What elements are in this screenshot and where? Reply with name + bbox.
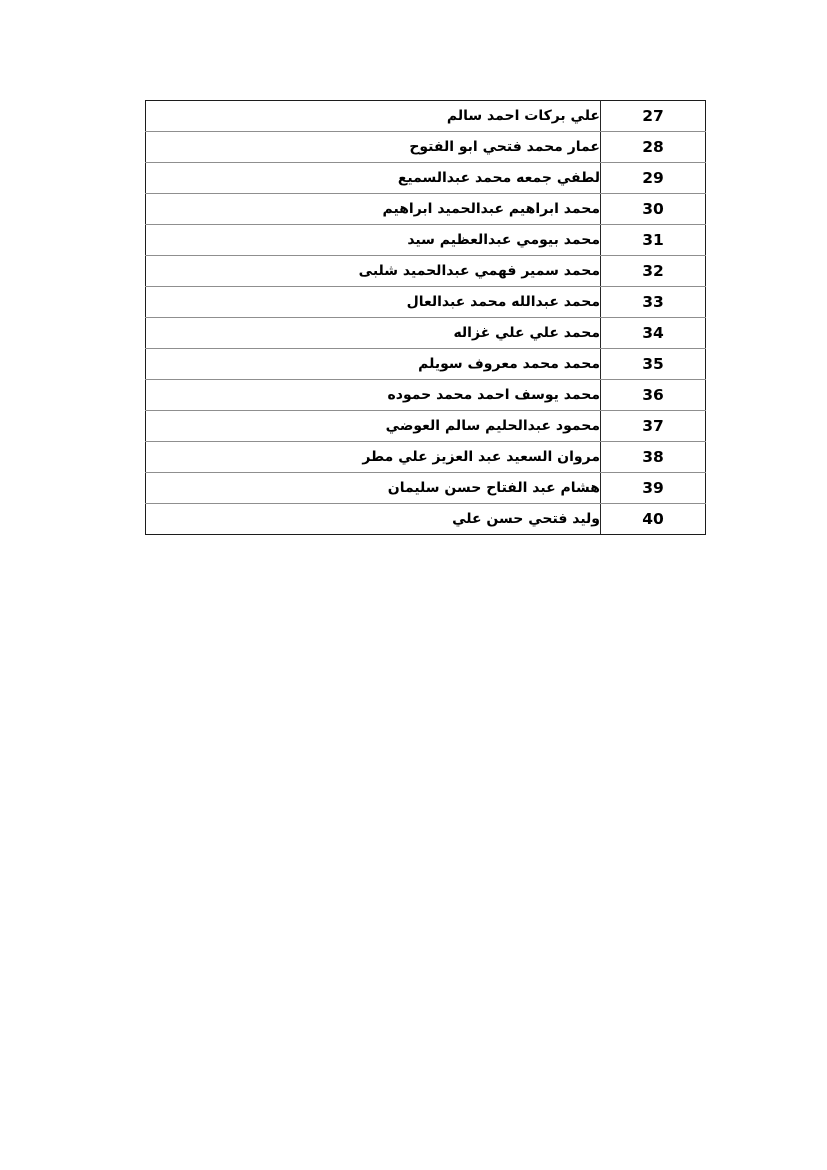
name-cell: لطفي جمعه محمد عبدالسميع (146, 163, 601, 194)
person-name: لطفي جمعه محمد عبدالسميع (398, 170, 600, 186)
table-row: هشام عبد الفتاح حسن سليمان 39 (146, 473, 706, 504)
number-cell: 36 (601, 380, 706, 411)
person-name: محمد سمير فهمي عبدالحميد شلبى (359, 263, 600, 279)
table-row: محمد علي علي غزاله 34 (146, 318, 706, 349)
table-row: محمد ابراهيم عبدالحميد ابراهيم 30 (146, 194, 706, 225)
name-cell: محمود عبدالحليم سالم العوضي (146, 411, 601, 442)
number-cell: 29 (601, 163, 706, 194)
name-cell: مروان السعيد عبد العزيز علي مطر (146, 442, 601, 473)
person-name: محمد ابراهيم عبدالحميد ابراهيم (383, 201, 600, 217)
name-cell: محمد سمير فهمي عبدالحميد شلبى (146, 256, 601, 287)
name-cell: محمد عبدالله محمد عبدالعال (146, 287, 601, 318)
row-number: 33 (642, 293, 664, 311)
number-cell: 31 (601, 225, 706, 256)
table-row: مروان السعيد عبد العزيز علي مطر 38 (146, 442, 706, 473)
table-row: محمد بيومي عبدالعظيم سيد 31 (146, 225, 706, 256)
name-cell: عمار محمد فتحي ابو الفتوح (146, 132, 601, 163)
row-number: 37 (642, 417, 664, 435)
number-cell: 33 (601, 287, 706, 318)
table-row: محمد سمير فهمي عبدالحميد شلبى 32 (146, 256, 706, 287)
names-table: علي بركات احمد سالم 27 عمار محمد فتحي اب… (145, 100, 706, 535)
name-cell: محمد محمد معروف سويلم (146, 349, 601, 380)
person-name: محمد عبدالله محمد عبدالعال (407, 294, 600, 310)
person-name: عمار محمد فتحي ابو الفتوح (409, 139, 600, 155)
number-cell: 35 (601, 349, 706, 380)
name-cell: علي بركات احمد سالم (146, 101, 601, 132)
row-number: 29 (642, 169, 664, 187)
row-number: 34 (642, 324, 664, 342)
number-cell: 28 (601, 132, 706, 163)
person-name: محمد بيومي عبدالعظيم سيد (407, 232, 600, 248)
name-cell: محمد ابراهيم عبدالحميد ابراهيم (146, 194, 601, 225)
person-name: محمد محمد معروف سويلم (418, 356, 600, 372)
names-table-body: علي بركات احمد سالم 27 عمار محمد فتحي اب… (146, 101, 706, 535)
number-cell: 27 (601, 101, 706, 132)
table-row: لطفي جمعه محمد عبدالسميع 29 (146, 163, 706, 194)
person-name: مروان السعيد عبد العزيز علي مطر (362, 449, 600, 465)
person-name: هشام عبد الفتاح حسن سليمان (388, 480, 600, 496)
document-page: علي بركات احمد سالم 27 عمار محمد فتحي اب… (0, 0, 827, 1170)
name-cell: محمد بيومي عبدالعظيم سيد (146, 225, 601, 256)
name-cell: وليد فتحي حسن علي (146, 504, 601, 535)
row-number: 36 (642, 386, 664, 404)
row-number: 27 (642, 107, 664, 125)
row-number: 30 (642, 200, 664, 218)
number-cell: 39 (601, 473, 706, 504)
name-cell: محمد يوسف احمد محمد حموده (146, 380, 601, 411)
table-row: عمار محمد فتحي ابو الفتوح 28 (146, 132, 706, 163)
number-cell: 34 (601, 318, 706, 349)
person-name: محمد يوسف احمد محمد حموده (388, 387, 601, 403)
table-row: علي بركات احمد سالم 27 (146, 101, 706, 132)
row-number: 31 (642, 231, 664, 249)
number-cell: 37 (601, 411, 706, 442)
table-row: وليد فتحي حسن علي 40 (146, 504, 706, 535)
row-number: 39 (642, 479, 664, 497)
table-row: محمد يوسف احمد محمد حموده 36 (146, 380, 706, 411)
name-cell: محمد علي علي غزاله (146, 318, 601, 349)
person-name: علي بركات احمد سالم (447, 108, 600, 124)
row-number: 35 (642, 355, 664, 373)
name-cell: هشام عبد الفتاح حسن سليمان (146, 473, 601, 504)
table-row: محمود عبدالحليم سالم العوضي 37 (146, 411, 706, 442)
table-row: محمد عبدالله محمد عبدالعال 33 (146, 287, 706, 318)
row-number: 28 (642, 138, 664, 156)
person-name: محمد علي علي غزاله (453, 325, 600, 341)
row-number: 40 (642, 510, 664, 528)
number-cell: 38 (601, 442, 706, 473)
row-number: 38 (642, 448, 664, 466)
number-cell: 30 (601, 194, 706, 225)
number-cell: 40 (601, 504, 706, 535)
table-row: محمد محمد معروف سويلم 35 (146, 349, 706, 380)
row-number: 32 (642, 262, 664, 280)
person-name: وليد فتحي حسن علي (452, 511, 600, 527)
person-name: محمود عبدالحليم سالم العوضي (386, 418, 600, 434)
number-cell: 32 (601, 256, 706, 287)
